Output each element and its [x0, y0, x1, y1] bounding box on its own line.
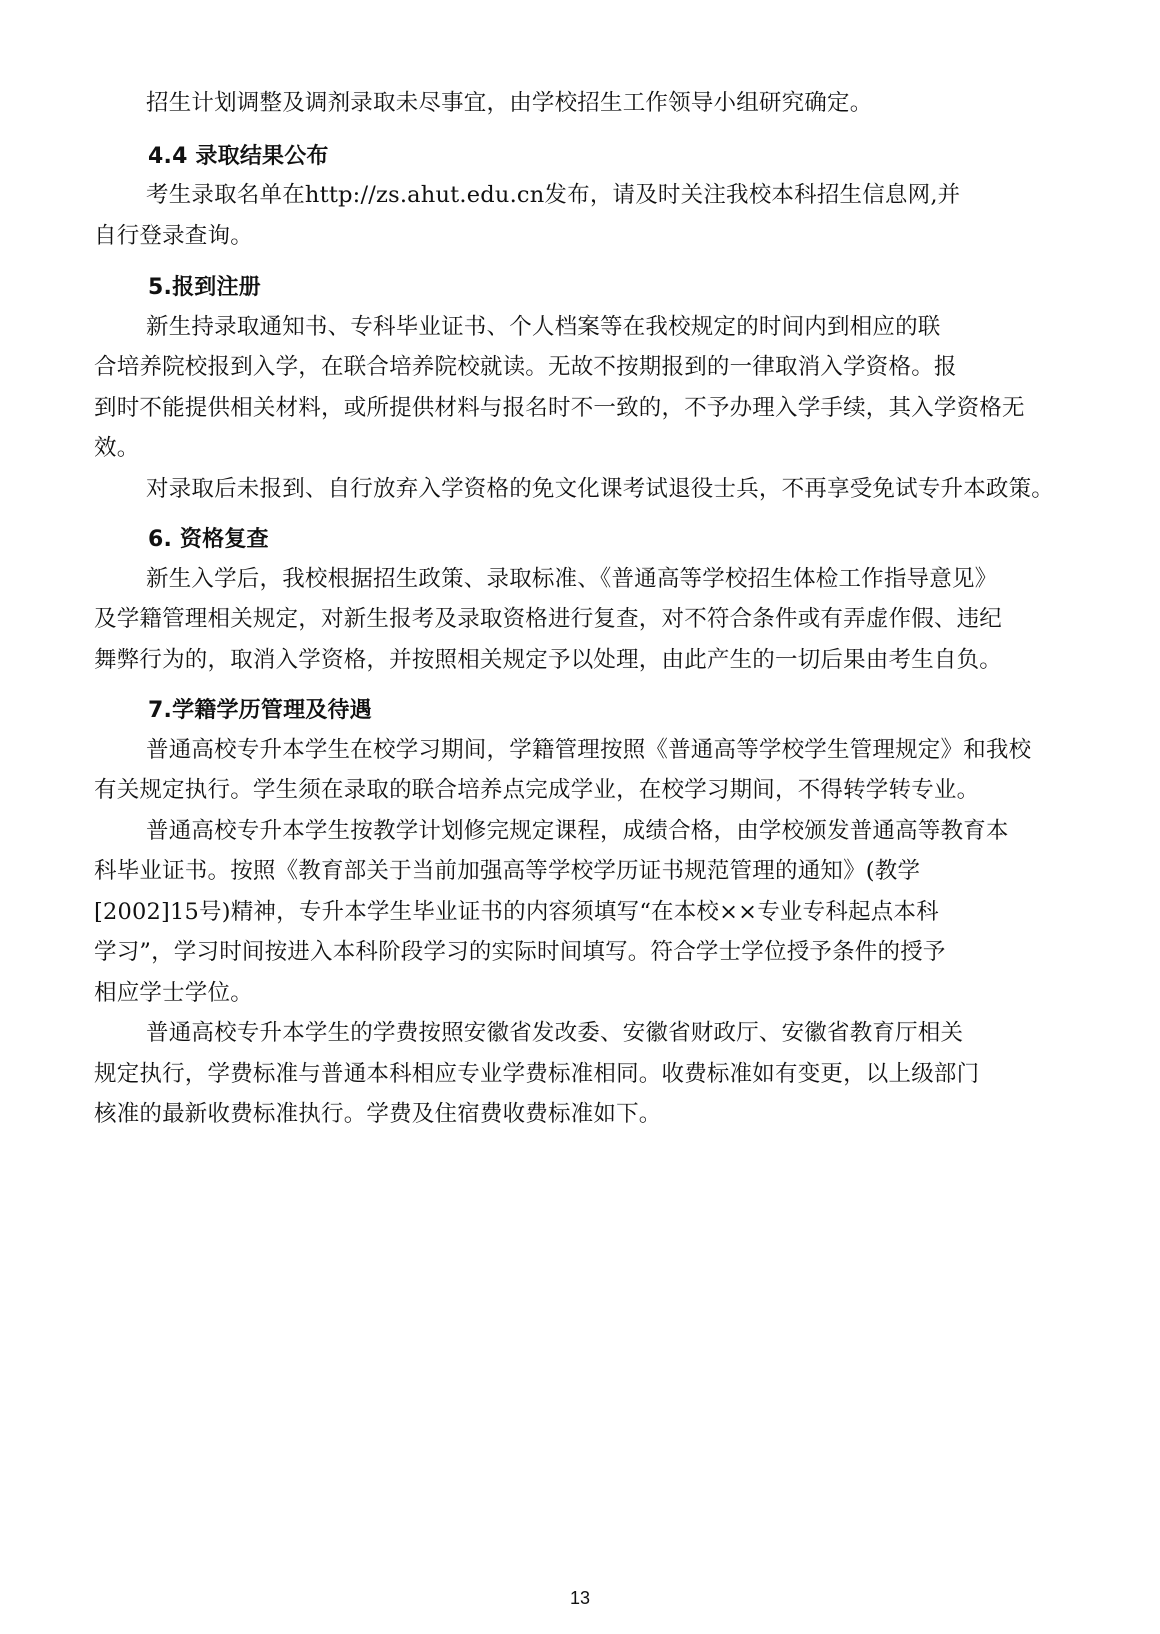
document-page: 招生计划调整及调剂录取未尽事宜，由学校招生工作领导小组研究确定。4.4 录取结果… — [0, 0, 1160, 1634]
paragraph-line: 及学籍管理相关规定，对新生报考及录取资格进行复查，对不符合条件或有弄虚作假、违纪 — [94, 604, 1002, 634]
paragraph-line: 考生录取名单在http://zs.ahut.edu.cn发布，请及时关注我校本科… — [146, 180, 960, 210]
page-number: 13 — [0, 1588, 1160, 1609]
paragraph-line: 学习”，学习时间按进入本科阶段学习的实际时间填写。符合学士学位授予条件的授予 — [94, 937, 946, 967]
paragraph-line: [2002]15号)精神，专升本学生毕业证书的内容须填写“在本校××专业专科起点… — [94, 897, 939, 927]
paragraph-line: 有关规定执行。学生须在录取的联合培养点完成学业，在校学习期间，不得转学转专业。 — [94, 775, 979, 805]
paragraph-line: 普通高校专升本学生按教学计划修完规定课程，成绩合格，由学校颁发普通高等教育本 — [146, 816, 1009, 846]
paragraph-line: 相应学士学位。 — [94, 978, 253, 1008]
paragraph-line: 舞弊行为的，取消入学资格，并按照相关规定予以处理，由此产生的一切后果由考生自负。 — [94, 645, 1002, 675]
paragraph-line: 科毕业证书。按照《教育部关于当前加强高等学校学历证书规范管理的通知》(教学 — [94, 856, 920, 886]
paragraph-line: 核准的最新收费标准执行。学费及住宿费收费标准如下。 — [94, 1099, 662, 1129]
section-heading: 6. 资格复查 — [148, 525, 269, 555]
paragraph-line: 普通高校专升本学生在校学习期间，学籍管理按照《普通高等学校学生管理规定》和我校 — [146, 735, 1031, 765]
paragraph-line: 招生计划调整及调剂录取未尽事宜，由学校招生工作领导小组研究确定。 — [146, 88, 872, 118]
paragraph-line: 自行登录查询。 — [94, 221, 253, 251]
paragraph-line: 到时不能提供相关材料，或所提供材料与报名时不一致的，不予办理入学手续，其入学资格… — [94, 393, 1025, 423]
paragraph-line: 新生入学后，我校根据招生政策、录取标准、《普通高等学校招生体检工作指导意见》 — [146, 564, 997, 594]
section-heading: 7.学籍学历管理及待遇 — [148, 696, 372, 726]
paragraph-line: 新生持录取通知书、专科毕业证书、个人档案等在我校规定的时间内到相应的联 — [146, 312, 941, 342]
paragraph-line: 效。 — [94, 433, 139, 463]
paragraph-line: 规定执行，学费标准与普通本科相应专业学费标准相同。收费标准如有变更，以上级部门 — [94, 1059, 979, 1089]
paragraph-line: 普通高校专升本学生的学费按照安徽省发改委、安徽省财政厅、安徽省教育厅相关 — [146, 1018, 963, 1048]
paragraph-line: 对录取后未报到、自行放弃入学资格的免文化课考试退役士兵，不再享受免试专升本政策。 — [146, 474, 1054, 504]
section-heading: 4.4 录取结果公布 — [148, 142, 329, 172]
section-heading: 5.报到注册 — [148, 273, 261, 303]
paragraph-line: 合培养院校报到入学，在联合培养院校就读。无故不按期报到的一律取消入学资格。报 — [94, 352, 957, 382]
